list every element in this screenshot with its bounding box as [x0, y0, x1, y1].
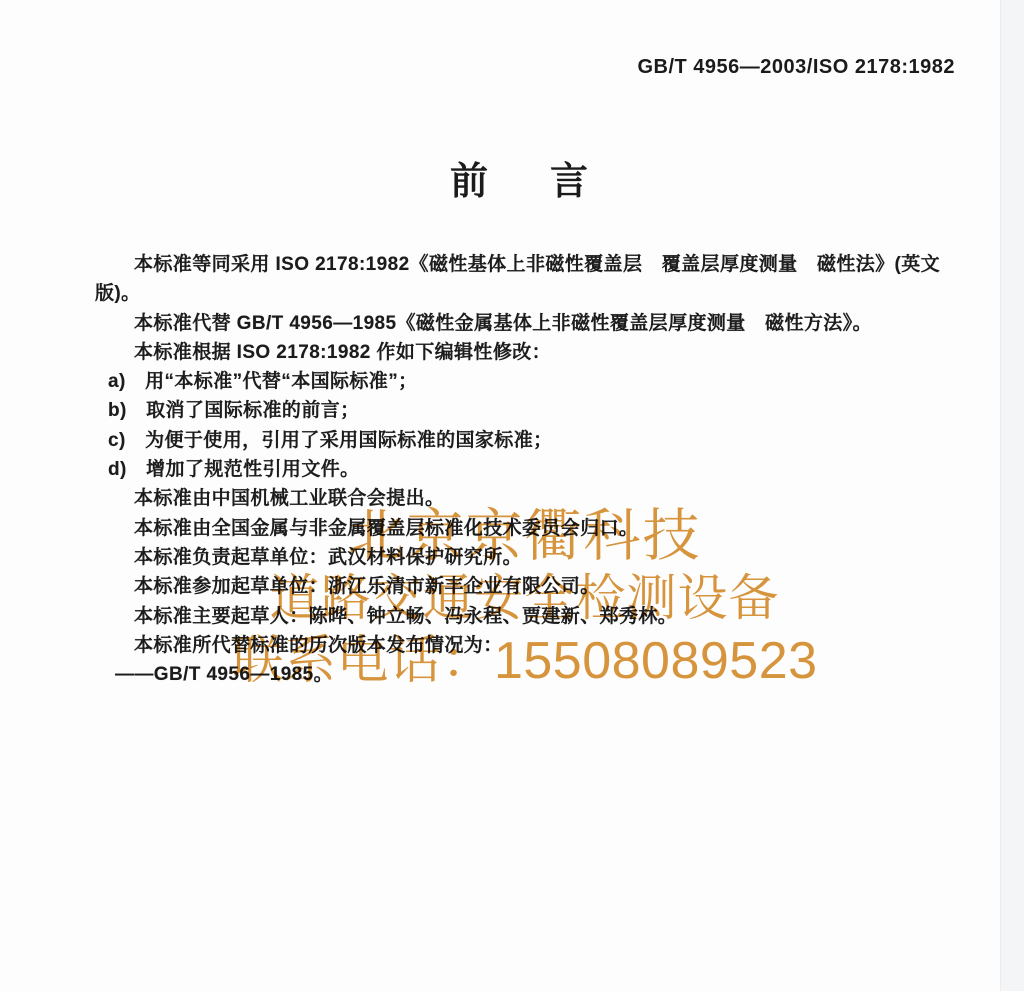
standard-code: GB/T 4956—2003/ISO 2178:1982	[637, 56, 955, 79]
doc-line: 本标准参加起草单位：浙江乐清市新丰企业有限公司。	[95, 572, 955, 601]
doc-list-line: c) 为便于使用，引用了采用国际标准的国家标准；	[95, 426, 955, 455]
doc-line: 版)。	[95, 279, 955, 308]
scanned-document-page: GB/T 4956—2003/ISO 2178:1982 前 言 本标准等同采用…	[0, 0, 1024, 991]
document-body: 本标准等同采用 ISO 2178:1982《磁性基体上非磁性覆盖层 覆盖层厚度测…	[95, 250, 955, 689]
doc-list-line: d) 增加了规范性引用文件。	[95, 455, 955, 484]
doc-line: 本标准由全国金属与非金属覆盖层标准化技术委员会归口。	[95, 514, 955, 543]
doc-line: 本标准等同采用 ISO 2178:1982《磁性基体上非磁性覆盖层 覆盖层厚度测…	[95, 250, 955, 279]
doc-list-line: a) 用“本标准”代替“本国际标准”；	[95, 367, 955, 396]
scan-edge-right	[1000, 0, 1024, 991]
doc-line: 本标准所代替标准的历次版本发布情况为：	[95, 631, 955, 660]
doc-list-line: b) 取消了国际标准的前言；	[95, 396, 955, 425]
doc-line: 本标准主要起草人：陈晔、钟立畅、冯永程、贾建新、郑秀林。	[95, 602, 955, 631]
doc-line: 本标准负责起草单位：武汉材料保护研究所。	[95, 543, 955, 572]
doc-line: 本标准代替 GB/T 4956—1985《磁性金属基体上非磁性覆盖层厚度测量 磁…	[95, 309, 955, 338]
doc-line: ——GB/T 4956—1985。	[95, 660, 955, 689]
page-title: 前 言	[95, 150, 955, 205]
doc-line: 本标准由中国机械工业联合会提出。	[95, 484, 955, 513]
doc-line: 本标准根据 ISO 2178:1982 作如下编辑性修改：	[95, 338, 955, 367]
